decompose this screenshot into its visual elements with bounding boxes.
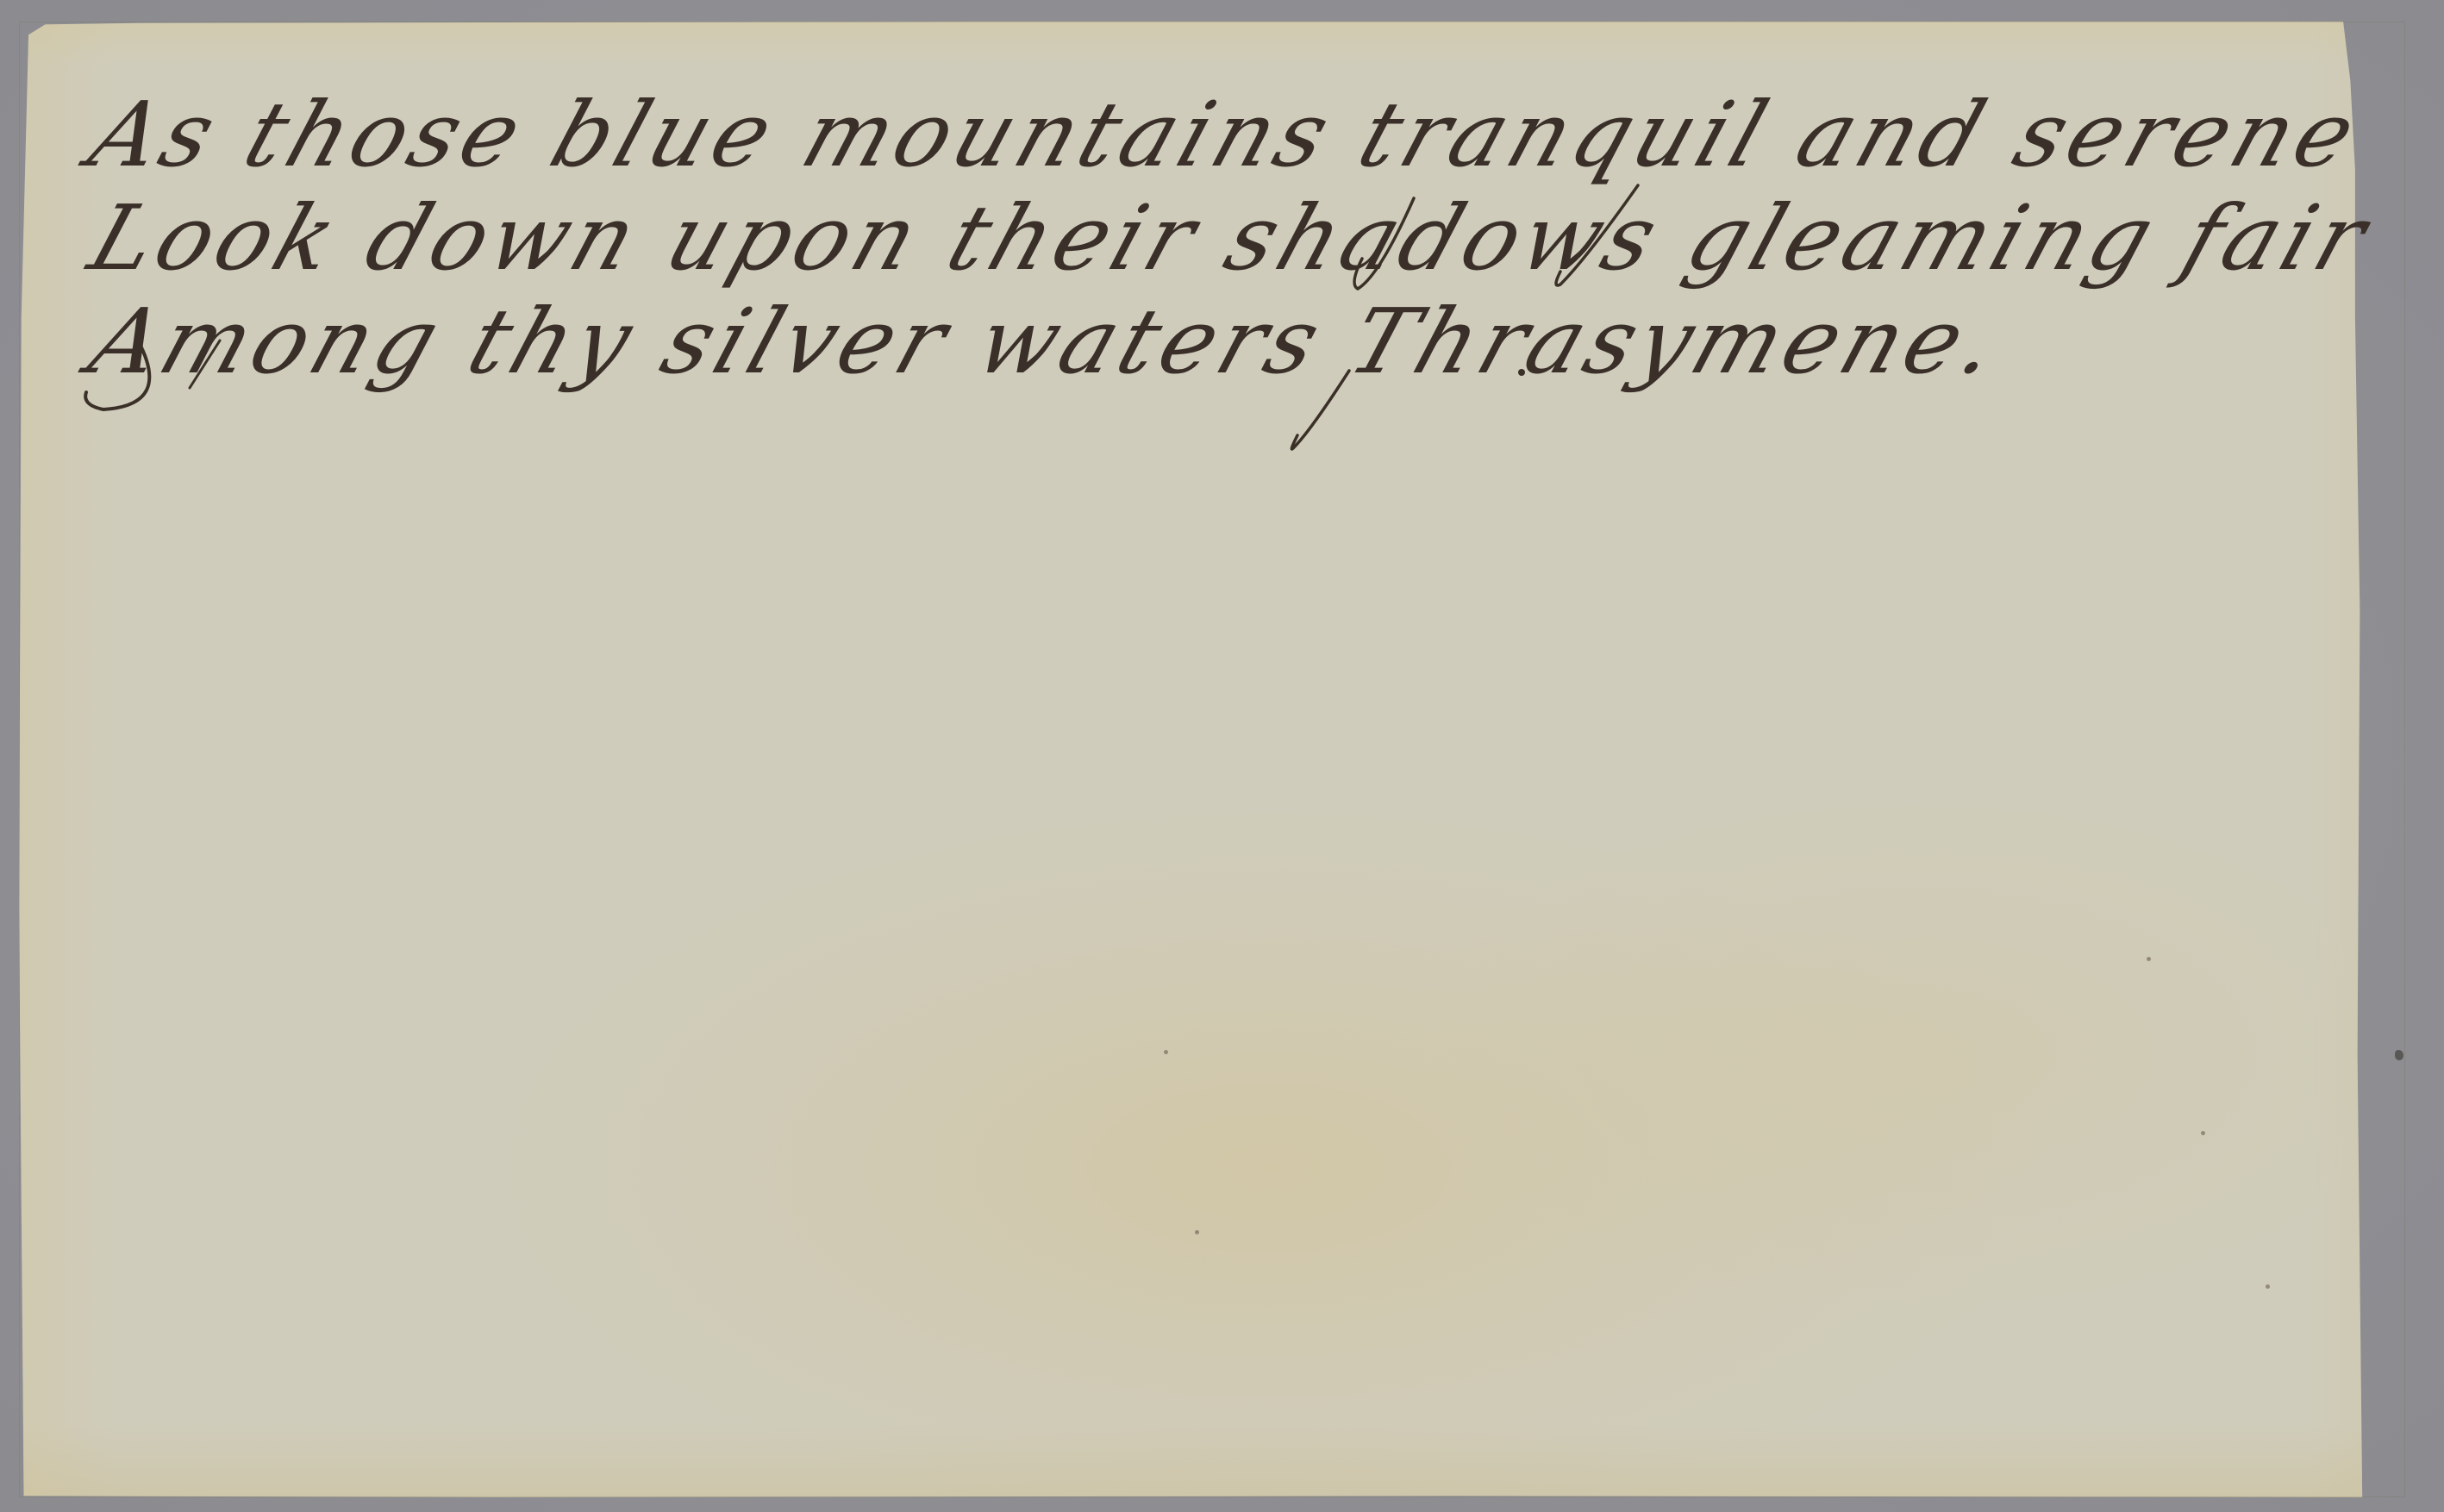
foxing-spot	[2147, 957, 2151, 961]
foxing-spot	[1195, 1230, 1199, 1234]
foxing-spot	[2266, 1284, 2270, 1289]
edge-ink-blot	[2395, 1050, 2403, 1060]
foxing-spot	[2201, 1131, 2205, 1135]
manuscript-text-block: As those blue mountains tranquil and ser…	[0, 0, 2444, 1512]
verse-line-2: Look down upon their shadows gleaming fa…	[78, 185, 2384, 291]
verse-line-3: Among thy silver waters Thrasymene.	[78, 289, 2016, 394]
foxing-spot	[1164, 1050, 1168, 1054]
verse-line-1: As those blue mountains tranquil and ser…	[78, 82, 2373, 187]
